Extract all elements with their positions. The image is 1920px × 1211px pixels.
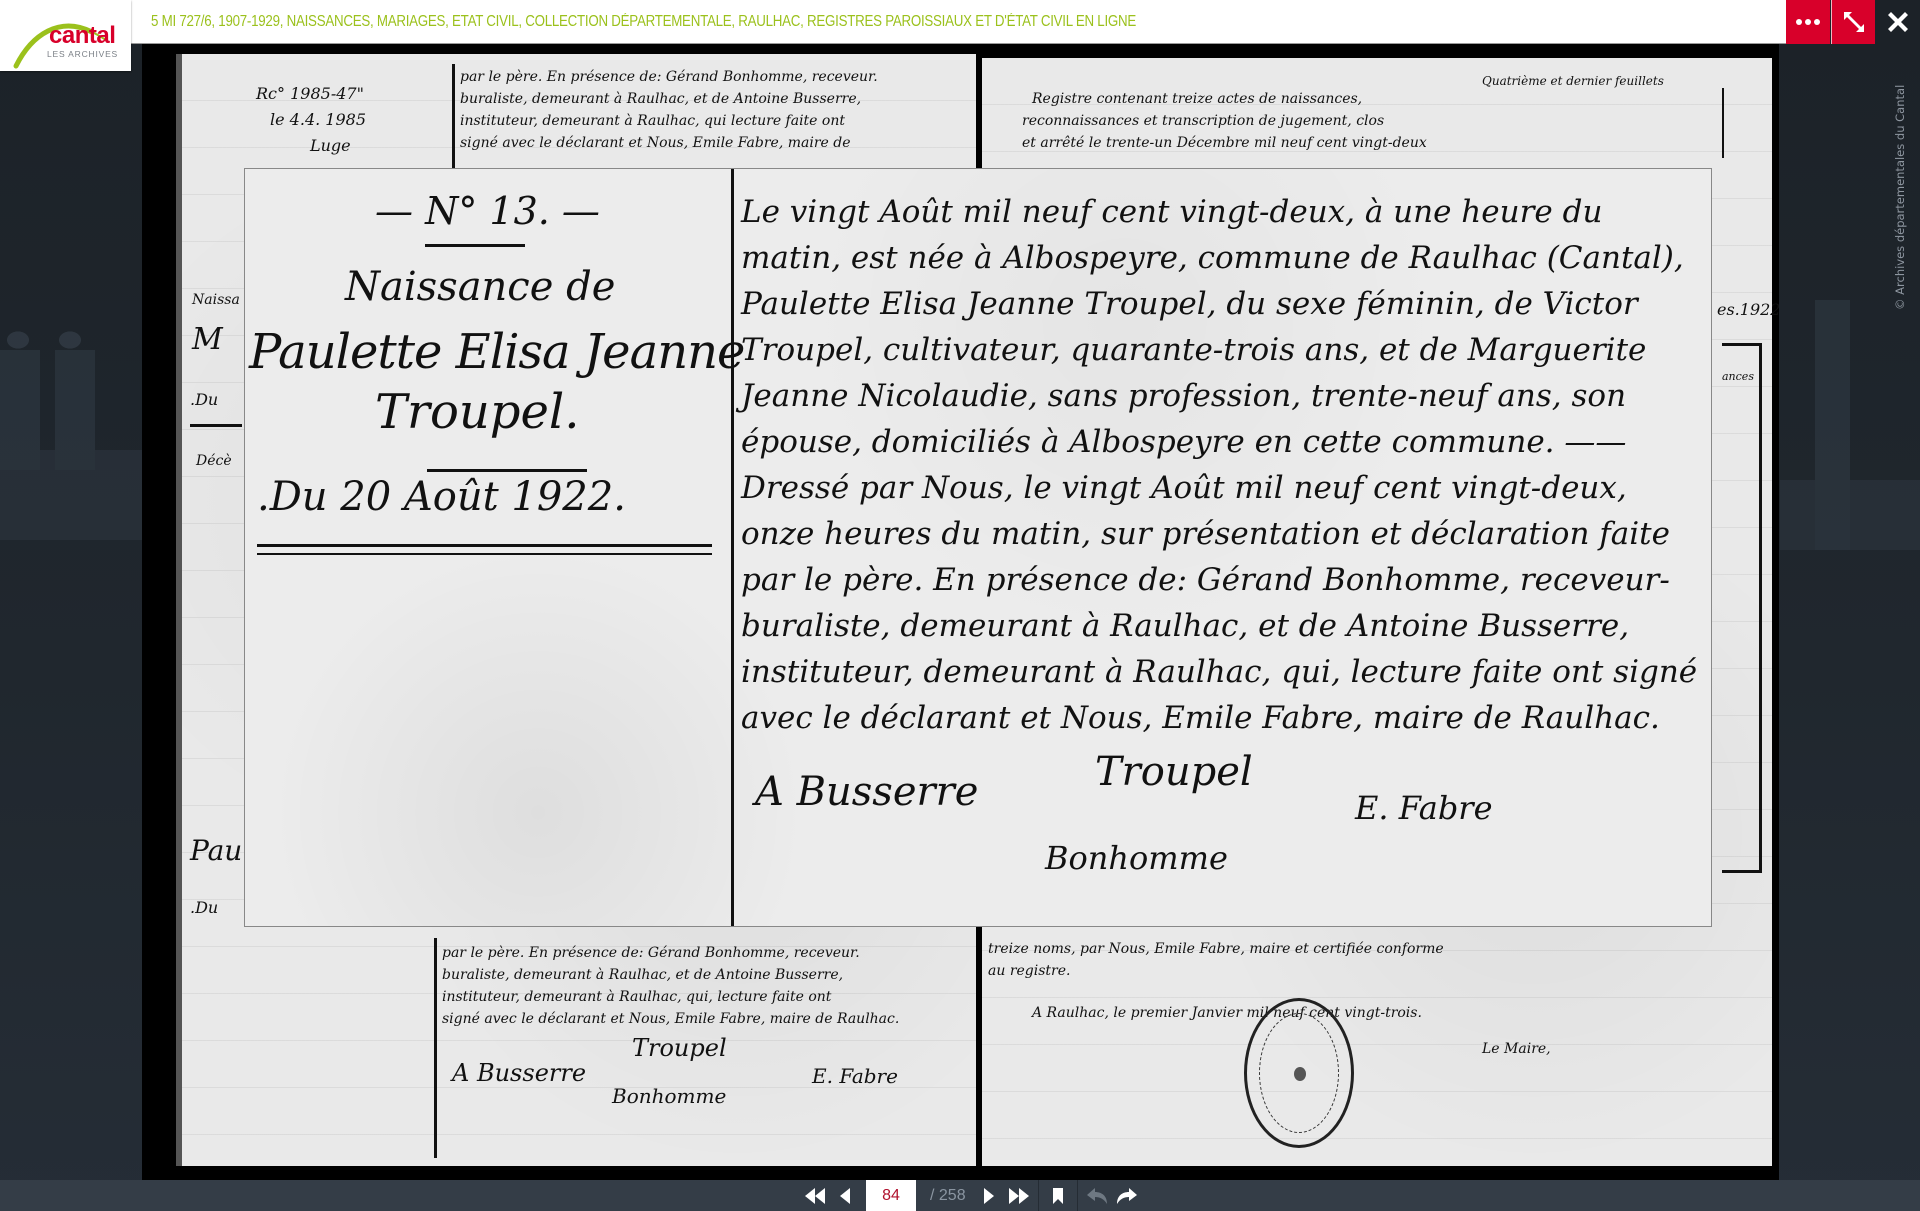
margin-note-line-1: Rc° 1985-47": [256, 82, 364, 106]
redo-button[interactable]: [1112, 1180, 1142, 1211]
cantal-archives-logo[interactable]: cantal LES ARCHIVES: [0, 0, 131, 71]
pager: / 258: [800, 1180, 1142, 1211]
undo-arrow-icon: [1086, 1187, 1108, 1205]
document-title: 5 MI 727/6, 1907-1929, NAISSANCES, MARIA…: [151, 13, 1136, 31]
record-column-rule: [731, 169, 734, 926]
document-viewer[interactable]: Rc° 1985-47" le 4.4. 1985 Luge par le pè…: [142, 44, 1779, 1180]
signature-busserre: A Busserre: [755, 769, 978, 815]
logo-subtitle: LES ARCHIVES: [47, 49, 118, 59]
previous-page-button[interactable]: [830, 1180, 860, 1211]
left-top-text-4: signé avec le déclarant et Nous, Emile F…: [460, 132, 851, 154]
double-chevron-left-icon: [803, 1187, 827, 1205]
right-top-rule: [1722, 88, 1724, 158]
bottom-signature-troupel: Troupel: [632, 1034, 727, 1062]
redo-arrow-icon: [1116, 1187, 1138, 1205]
margin-rule: [190, 424, 242, 427]
margin-note-line-2: le 4.4. 1985: [270, 108, 366, 132]
left-bottom-text-2: buraliste, demeurant à Raulhac, et de An…: [442, 964, 843, 986]
separator: [1077, 1180, 1078, 1211]
header-bar: 5 MI 727/6, 1907-1929, NAISSANCES, MARIA…: [131, 0, 1786, 44]
record-name-line-1: Paulette Elisa Jeanne: [249, 324, 744, 380]
next-page-button[interactable]: [974, 1180, 1004, 1211]
close-icon: [1887, 11, 1909, 33]
right-top-text-1: Registre contenant treize actes de naiss…: [1032, 88, 1362, 110]
triangle-right-icon: [982, 1187, 996, 1205]
close-button[interactable]: [1876, 0, 1920, 44]
last-page-button[interactable]: [1004, 1180, 1034, 1211]
ellipsis-icon: [1796, 19, 1820, 25]
page-navigation-bar: / 258: [0, 1180, 1920, 1211]
record-title: Naissance de: [345, 264, 615, 310]
bottom-signature-fabre: E. Fabre: [812, 1064, 898, 1088]
margin-fragment-4: Décè: [196, 450, 232, 472]
more-options-button[interactable]: [1786, 0, 1830, 44]
mairie-stamp: [1244, 998, 1354, 1148]
bottom-signature-busserre: A Busserre: [452, 1059, 586, 1087]
record-date: .Du 20 Août 1922.: [257, 474, 626, 520]
background-illustration-left: [0, 330, 145, 540]
right-top-note: Quatrième et dernier feuillets: [1482, 74, 1664, 88]
undo-button[interactable]: [1082, 1180, 1112, 1211]
fullscreen-button[interactable]: [1831, 0, 1875, 44]
magnified-record[interactable]: — N° 13. — Naissance de Paulette Elisa J…: [245, 169, 1711, 926]
left-bottom-text-3: instituteur, demeurant à Raulhac, qui, l…: [442, 986, 831, 1008]
left-top-text-3: instituteur, demeurant à Raulhac, qui le…: [460, 110, 845, 132]
date-underline: [257, 544, 712, 547]
right-bottom-text-4: Le Maire,: [1482, 1038, 1551, 1060]
expand-arrows-icon: [1841, 9, 1867, 35]
right-top-text-3: et arrêté le trente-un Décembre mil neuf…: [1022, 132, 1427, 154]
number-underline: [425, 244, 525, 247]
right-bottom-text-1: treize noms, par Nous, Emile Fabre, mair…: [988, 938, 1444, 960]
triangle-left-icon: [838, 1187, 852, 1205]
margin-fragment-5: Pau: [190, 834, 242, 867]
background-illustration-right: [1780, 300, 1920, 550]
margin-fragment-1: Naissa: [192, 289, 240, 311]
right-top-text-2: reconnaissances et transcription de juge…: [1022, 110, 1384, 132]
margin-fragment-2: M: [192, 322, 223, 357]
margin-fragment-6: .Du: [190, 896, 218, 920]
left-bottom-text-4: signé avec le déclarant et Nous, Emile F…: [442, 1008, 899, 1030]
name-underline: [427, 469, 587, 472]
right-bottom-text-2: au registre.: [988, 960, 1070, 982]
column-rule: [452, 64, 455, 174]
column-rule-bottom: [434, 938, 437, 1158]
right-table-frame: [1722, 343, 1762, 873]
margin-fragment-3: .Du: [190, 388, 218, 412]
left-top-text-1: par le père. En présence de: Gérand Bonh…: [460, 66, 878, 88]
page-number-input[interactable]: [866, 1180, 916, 1211]
bookmark-icon: [1052, 1187, 1064, 1205]
right-margin-year: es.1922.: [1717, 298, 1779, 322]
record-body-text: Le vingt Août mil neuf cent vingt-deux, …: [741, 189, 1701, 741]
double-chevron-right-icon: [1007, 1187, 1031, 1205]
separator: [1038, 1180, 1039, 1211]
first-page-button[interactable]: [800, 1180, 830, 1211]
right-table-header: ances: [1722, 370, 1754, 383]
logo-brand: cantal: [49, 24, 115, 48]
record-number: — N° 13. —: [375, 189, 600, 233]
bookmark-button[interactable]: [1043, 1180, 1073, 1211]
page-total: / 258: [922, 1187, 974, 1205]
record-name-line-2: Troupel.: [375, 384, 580, 440]
date-underline-2: [257, 553, 712, 555]
bottom-signature-bonhomme: Bonhomme: [612, 1084, 726, 1108]
left-top-text-2: buraliste, demeurant à Raulhac, et de An…: [460, 88, 861, 110]
signature-bonhomme: Bonhomme: [1045, 839, 1228, 877]
left-bottom-text-1: par le père. En présence de: Gérand Bonh…: [442, 942, 860, 964]
right-bottom-text-3: A Raulhac, le premier Janvier mil neuf c…: [1032, 1002, 1422, 1024]
signature-fabre: E. Fabre: [1355, 789, 1493, 827]
margin-note-line-3: Luge: [310, 134, 351, 158]
copyright-notice: © Archives départementales du Cantal: [1893, 85, 1907, 310]
signature-troupel: Troupel: [1095, 749, 1253, 795]
